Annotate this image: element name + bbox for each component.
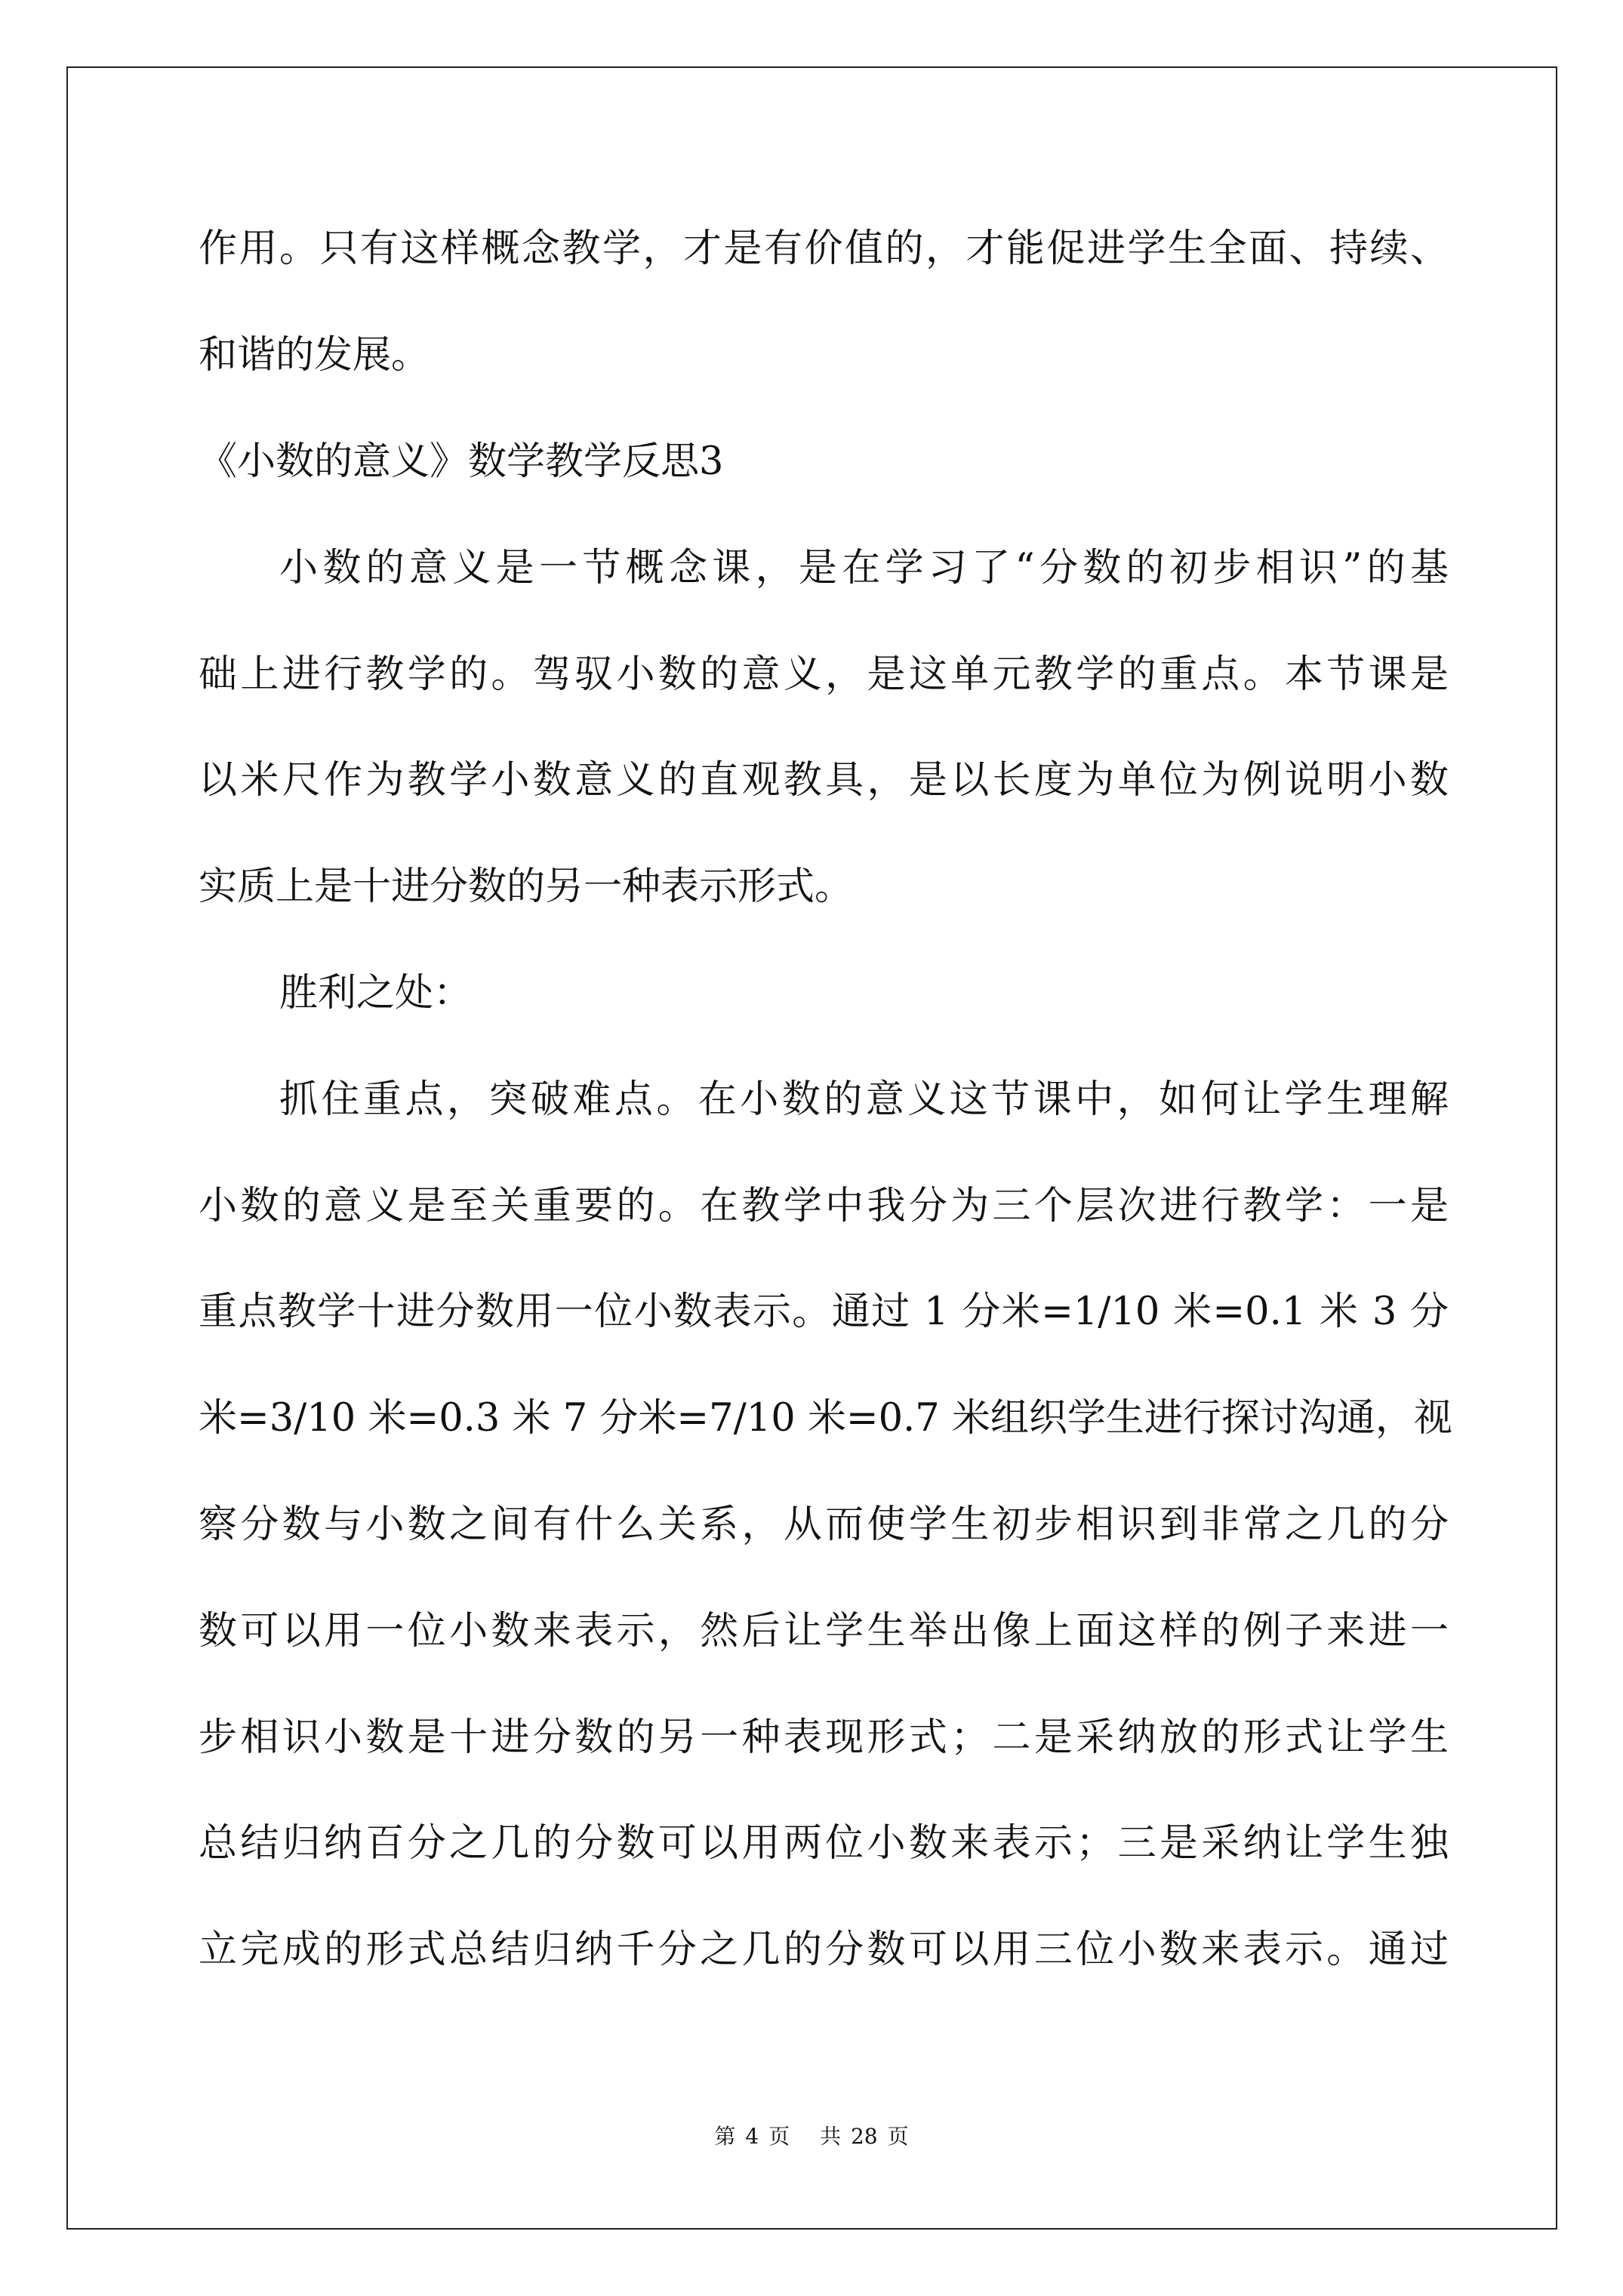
text-line: 以米尺作为教学小数意义的直观教具，是以长度为单位为例说明小数 (199, 758, 1449, 803)
text-line: 础上进行教学的。驾驭小数的意义，是这单元教学的重点。本节课是 (199, 652, 1449, 698)
page-border (66, 66, 1557, 2230)
subheading-line: 胜利之处： (199, 971, 1449, 1016)
text-line: 小数的意义是至关重要的。在教学中我分为三个层次进行教学：一是 (199, 1184, 1449, 1229)
text-line: 重点教学十进分数用一位小数表示。通过 1 分米=1/10 米=0.1 米 3 分 (199, 1290, 1449, 1335)
text-line: 米=3/10 米=0.3 米 7 分米=7/10 米=0.7 米组织学生进行探讨… (199, 1396, 1449, 1441)
text-line: 和谐的发展。 (199, 333, 1449, 378)
text-line: 立完成的形式总结归纳千分之几的分数可以用三位小数来表示。通过 (199, 1928, 1449, 1973)
text-line: 实质上是十进分数的另一种表示形式。 (199, 864, 1449, 910)
text-line: 数可以用一位小数来表示，然后让学生举出像上面这样的例子来进一 (199, 1609, 1449, 1654)
page-number: 第 4 页 (714, 2124, 790, 2149)
text-line: 总结归纳百分之几的分数可以用两位小数来表示；三是采纳让学生独 (199, 1821, 1449, 1866)
text-line: 抓住重点，突破难点。在小数的意义这节课中，如何让学生理解 (199, 1077, 1449, 1123)
text-line: 步相识小数是十进分数的另一种表现形式；二是采纳放的形式让学生 (199, 1715, 1449, 1761)
section-heading: 《小数的意义》数学教学反思3 (199, 439, 1449, 485)
text-line: 察分数与小数之间有什么关系，从而使学生初步相识到非常之几的分 (199, 1502, 1449, 1548)
page-total: 共 28 页 (820, 2124, 908, 2149)
text-line: 作用。只有这样概念教学，才是有价值的，才能促进学生全面、持续、 (199, 227, 1449, 272)
text-line: 小数的意义是一节概念课，是在学习了“分数的初步相识”的基 (199, 546, 1449, 591)
page-footer: 第 4 页共 28 页 (0, 2123, 1623, 2150)
